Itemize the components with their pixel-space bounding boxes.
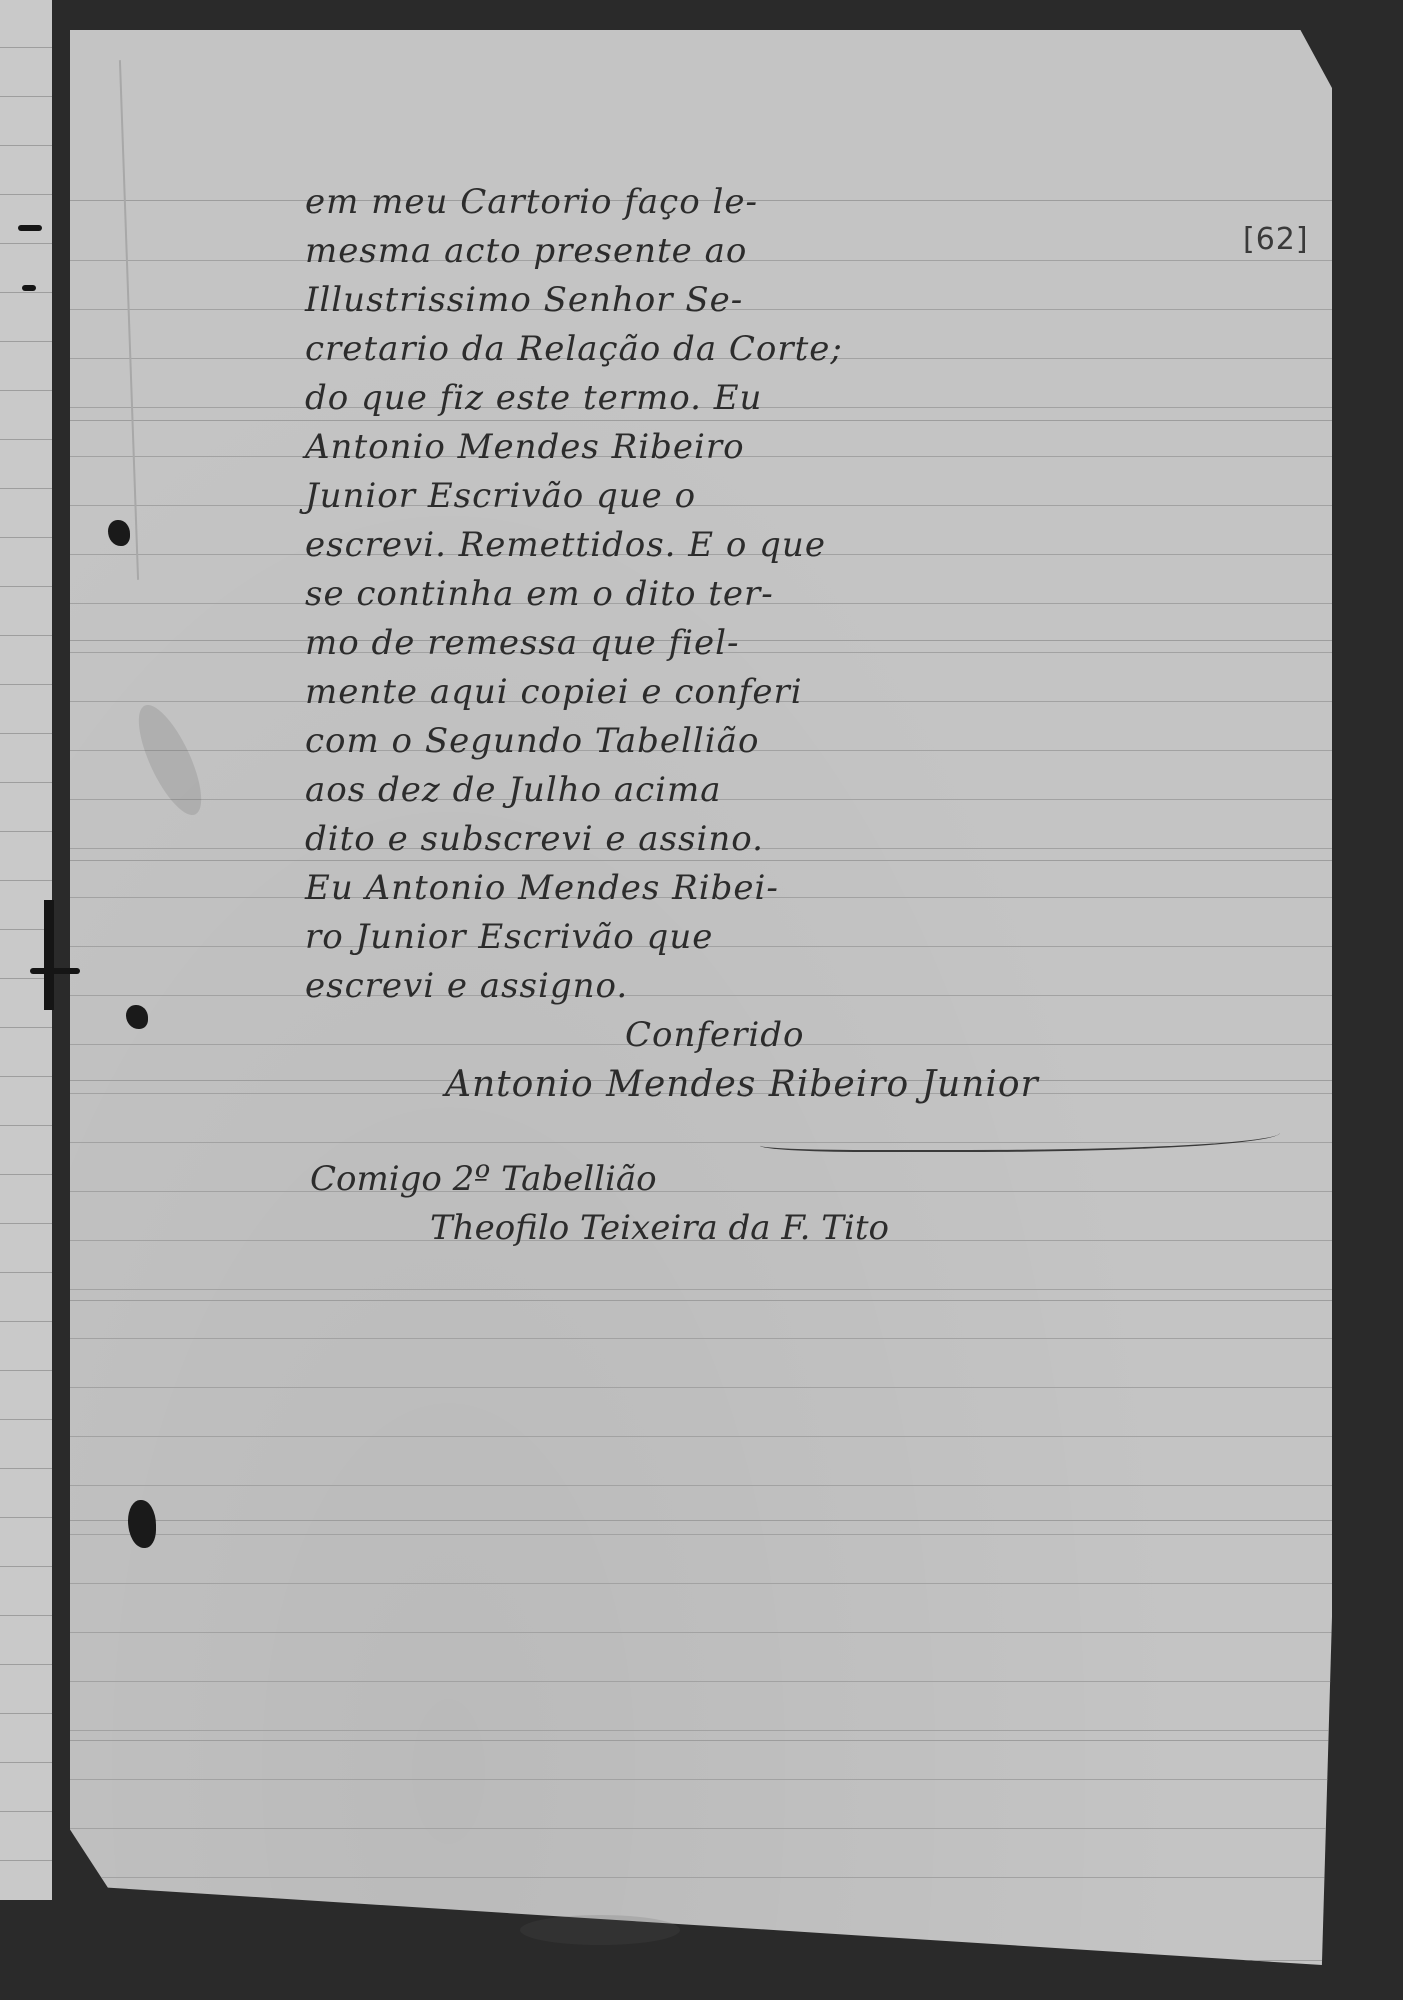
- binding-thread: [44, 900, 54, 1010]
- text-line: Antonio Mendes Ribeiro: [305, 423, 1185, 472]
- notary-signature: Theofilo Teixeira da F. Tito: [310, 1204, 889, 1253]
- document-scan: [62] em meu Cartorio faço le- mesma acto…: [0, 0, 1403, 2000]
- ink-mark: [22, 285, 36, 291]
- text-line: Junior Escrivão que o: [305, 472, 1185, 521]
- text-line: cretario da Relação da Corte;: [305, 325, 1185, 374]
- text-line: aos dez de Julho acima: [305, 766, 1185, 815]
- text-line: escrevi. Remettidos. E o que: [305, 521, 1185, 570]
- page-number: [62]: [1243, 222, 1309, 257]
- notary-block: Comigo 2º Tabellião Theofilo Teixeira da…: [310, 1155, 889, 1253]
- text-line: do que fiz este termo. Eu: [305, 374, 1185, 423]
- text-line: Eu Antonio Mendes Ribei-: [305, 864, 1185, 913]
- text-line: Illustrissimo Senhor Se-: [305, 276, 1185, 325]
- text-line: com o Segundo Tabellião: [305, 717, 1185, 766]
- text-line: mente aqui copiei e conferi: [305, 668, 1185, 717]
- closing-word: Conferido: [305, 1011, 1185, 1060]
- ink-blot: [108, 520, 130, 546]
- text-line: mesma acto presente ao: [305, 227, 1185, 276]
- signature: Antonio Mendes Ribeiro Junior: [305, 1060, 1185, 1109]
- notary-title: Comigo 2º Tabellião: [310, 1155, 889, 1204]
- text-line: dito e subscrevi e assino.: [305, 815, 1185, 864]
- text-line: em meu Cartorio faço le-: [305, 178, 1185, 227]
- manuscript-body: em meu Cartorio faço le- mesma acto pres…: [305, 178, 1185, 1109]
- text-line: se continha em o dito ter-: [305, 570, 1185, 619]
- text-line: escrevi e assigno.: [305, 962, 1185, 1011]
- text-line: ro Junior Escrivão que: [305, 913, 1185, 962]
- water-stain: [520, 1915, 680, 1945]
- text-line: mo de remessa que fiel-: [305, 619, 1185, 668]
- ink-mark: [18, 225, 42, 231]
- ink-blot: [126, 1005, 148, 1029]
- binding-thread: [30, 968, 80, 974]
